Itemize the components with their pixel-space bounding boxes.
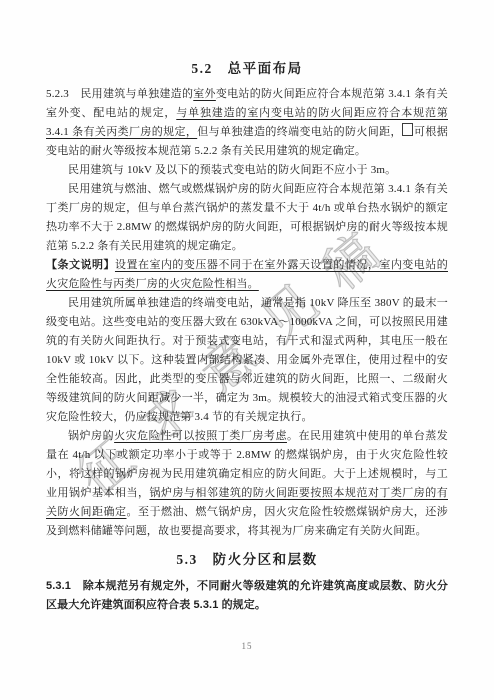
revision-box-marker <box>402 123 413 136</box>
page-content: 5.2 总平面布局 5.2.3 民用建筑与单独建造的室外变电站的防火间距应符合本… <box>46 57 448 615</box>
text-segment: 5.3.1 除本规范另有规定外，不同耐火等级建筑的允许建筑高度或层数、防火分区最… <box>46 580 448 611</box>
text-segment: 锅炉房的 <box>68 430 114 442</box>
text-segment: 民用建筑所属单独建造的终端变电站，通常是指 10kV 降压至 380V 的最末一… <box>46 297 448 423</box>
boiler-hazard-paragraph: 锅炉房的火灾危险性可以按照丁类厂房考虑。在民用建筑中使用的单台蒸发量在 4t/h… <box>46 427 448 541</box>
text-segment: 民用建筑与燃油、燃气或燃煤锅炉房的防火间距应符合本规范第 3.4.1 条有关丁类… <box>46 183 448 252</box>
article-note-paragraph: 【条文说明】设置在室内的变压器不同于在室外露天设置的情况，室内变电站的火灾危险性… <box>46 256 448 294</box>
section-5-2-heading: 5.2 总平面布局 <box>46 57 448 77</box>
document-page: 征求意见稿 5.2 总平面布局 5.2.3 民用建筑与单独建造的室外变电站的防火… <box>0 0 494 700</box>
section-5-3-heading: 5.3 防火分区和层数 <box>46 548 448 568</box>
clause-5-2-3-paragraph: 5.2.3 民用建筑与单独建造的室外变电站的防火间距应符合本规范第 3.4.1 … <box>46 85 448 161</box>
text-segment: 但与单独建造的终端变电站的防火间距， <box>197 126 402 138</box>
text-segment: 【条文说明】 <box>46 259 115 271</box>
page-number: 15 <box>0 641 494 651</box>
text-segment: 室外 <box>193 88 216 100</box>
terminal-substation-paragraph: 民用建筑所属单独建造的终端变电站，通常是指 10kV 降压至 380V 的最末一… <box>46 294 448 427</box>
text-segment: 5.2.3 民用建筑与单独建造的 <box>46 88 193 100</box>
clause-5-3-1-paragraph: 5.3.1 除本规范另有规定外，不同耐火等级建筑的允许建筑高度或层数、防火分区最… <box>46 577 448 615</box>
text-segment: 民用建筑与 10kV 及以下的预装式变电站的防火间距不应小于 3m。 <box>68 164 396 176</box>
text-segment: 火灾危险性可以按照丁类厂房考虑 <box>114 430 287 442</box>
prefab-substation-paragraph: 民用建筑与 10kV 及以下的预装式变电站的防火间距不应小于 3m。 <box>46 161 448 180</box>
boiler-room-spacing-paragraph: 民用建筑与燃油、燃气或燃煤锅炉房的防火间距应符合本规范第 3.4.1 条有关丁类… <box>46 180 448 256</box>
